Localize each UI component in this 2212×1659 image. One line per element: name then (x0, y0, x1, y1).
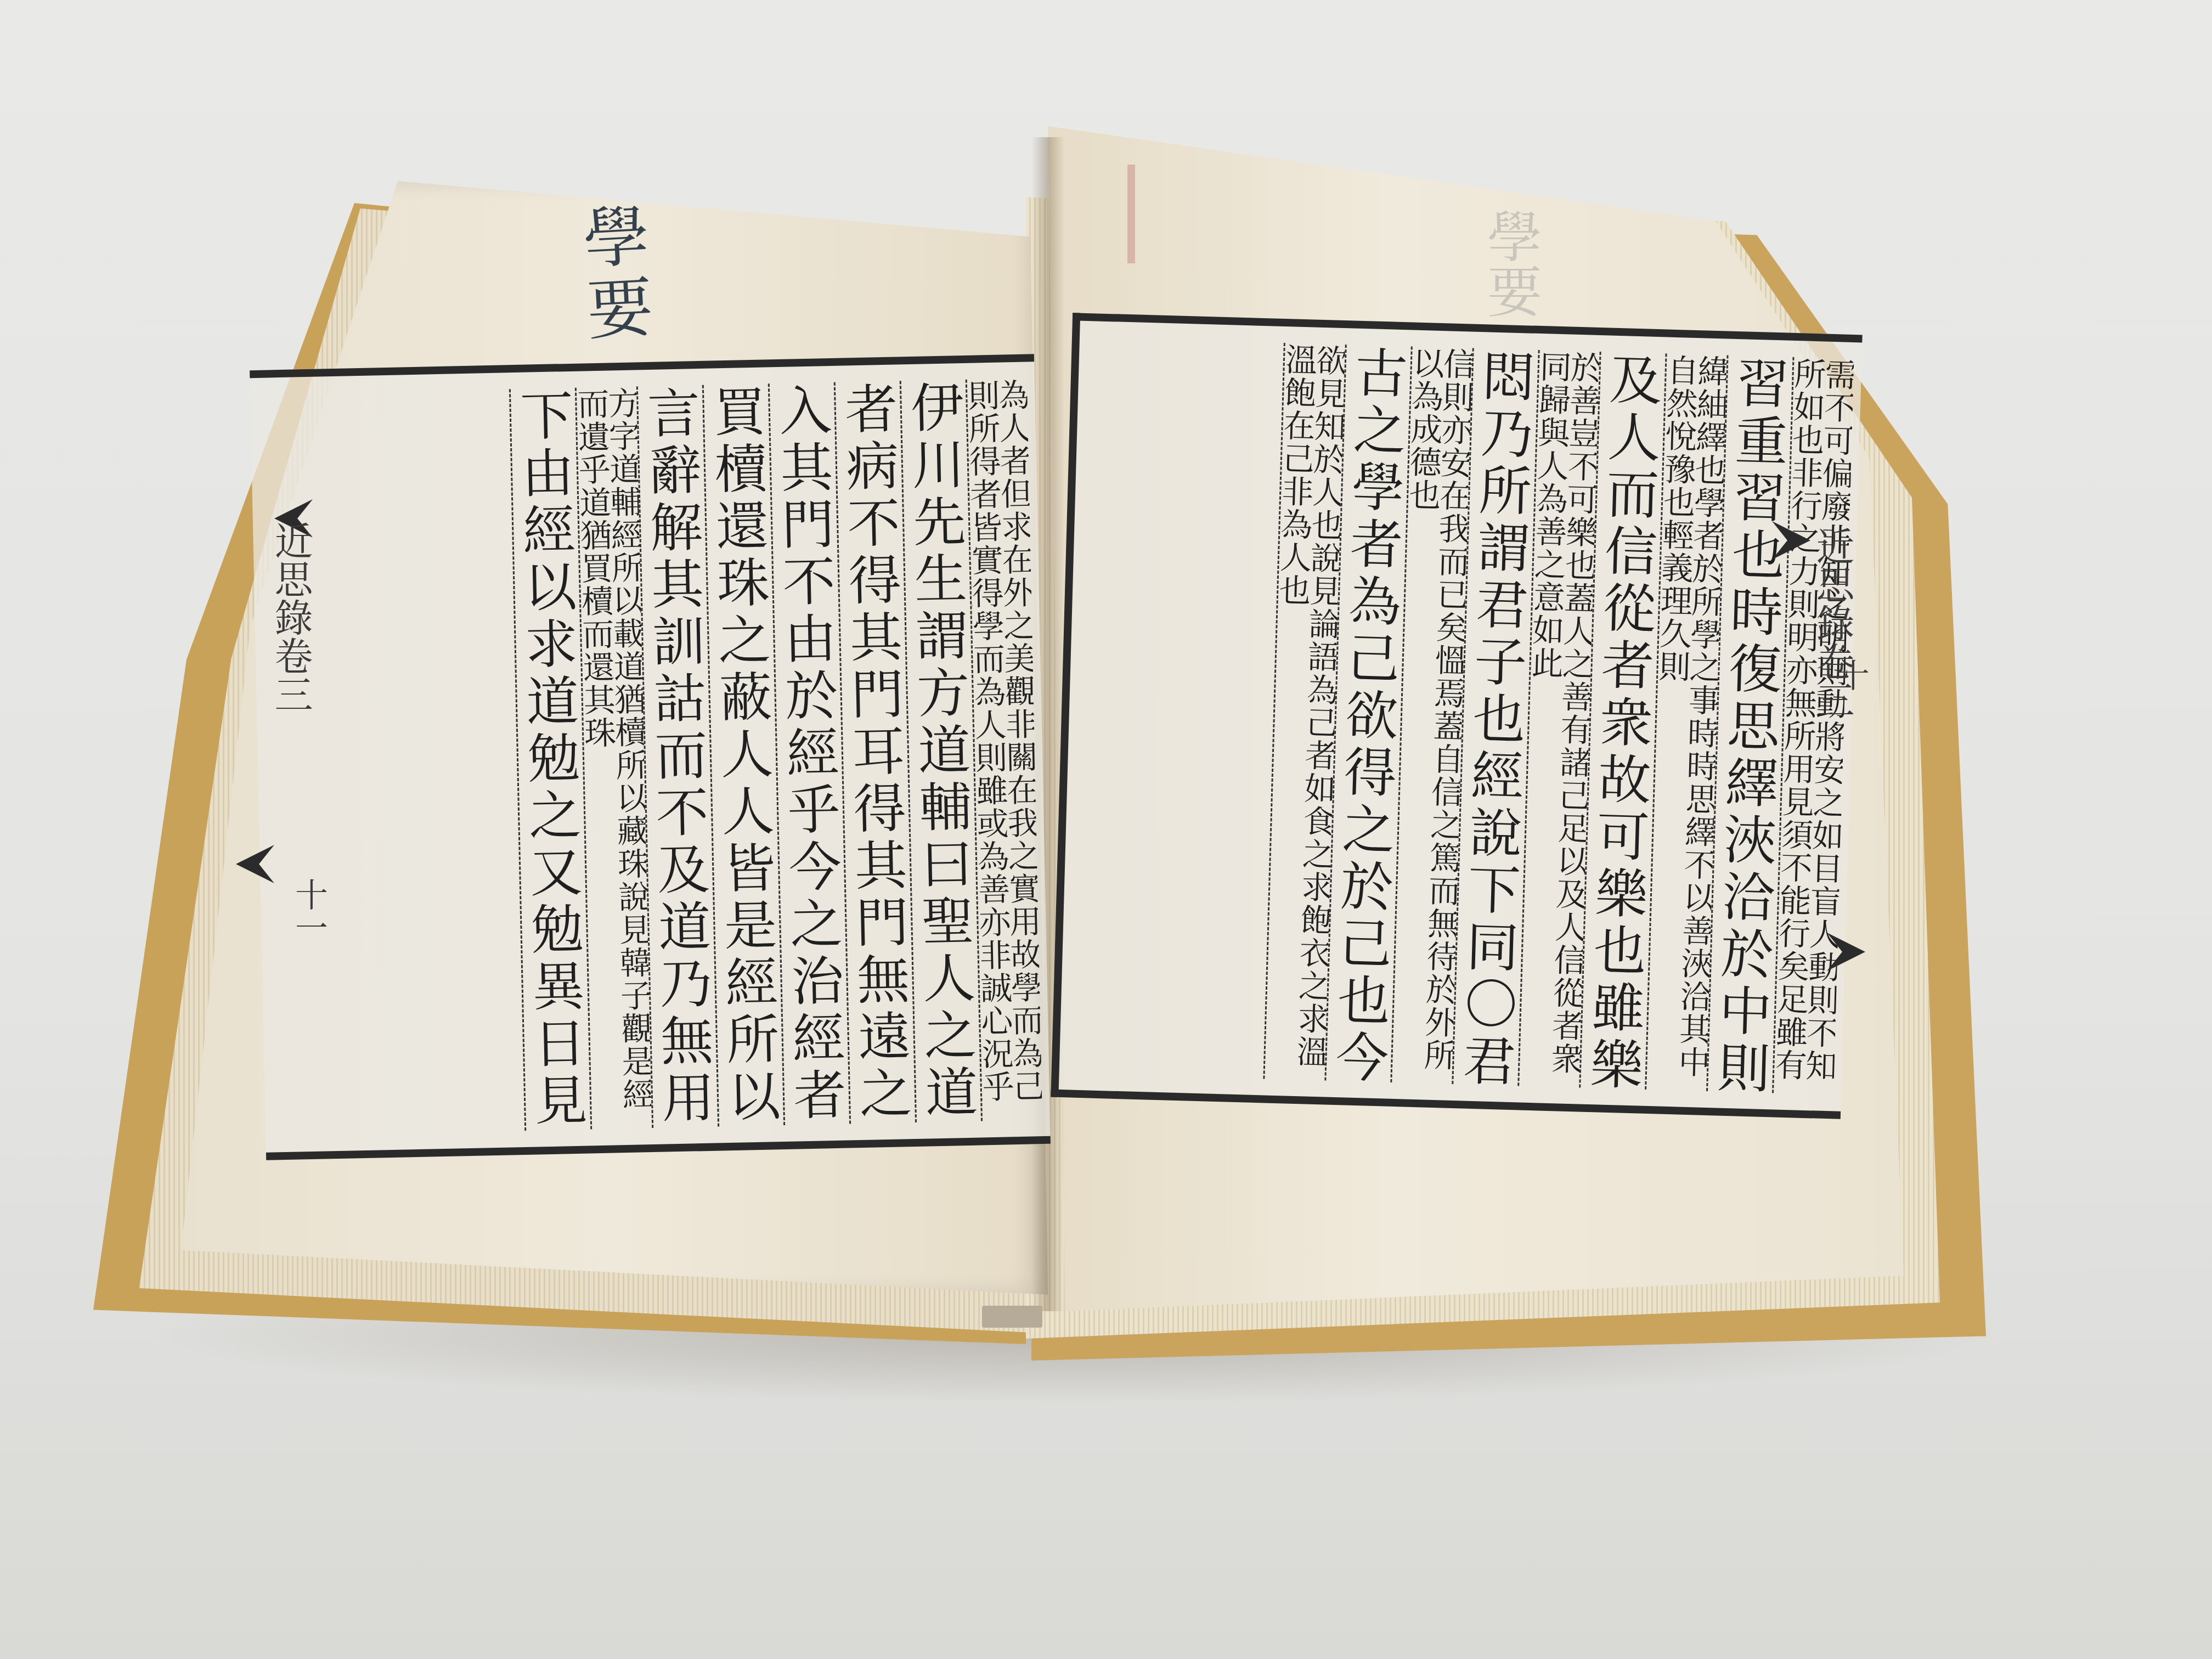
red-seal-mark (1127, 165, 1135, 263)
spine-tab (982, 1306, 1042, 1328)
faded-title: 學要 (1470, 208, 1549, 318)
left-fore-edge-title: 近思錄卷三 (263, 521, 319, 713)
left-leaf-number: 十一 (285, 878, 332, 944)
right-leaf-number: 十 (1827, 658, 1874, 691)
handwritten-title: 學要 (561, 201, 663, 348)
scene: 學要 學要 為人者但求在外之美觀非關在我之實用故學而為己則所得者皆實得學而為人則… (0, 0, 2212, 1659)
left-text-block: 為人者但求在外之美觀非關在我之實用故學而為己則所得者皆實得學而為人則雖或為善亦非… (250, 354, 1051, 1160)
right-text-block: 需不可偏廢非知之明則動將安之如目盲人動則不知所如也非行之力則明亦無所用見須不能行… (1051, 313, 1862, 1119)
